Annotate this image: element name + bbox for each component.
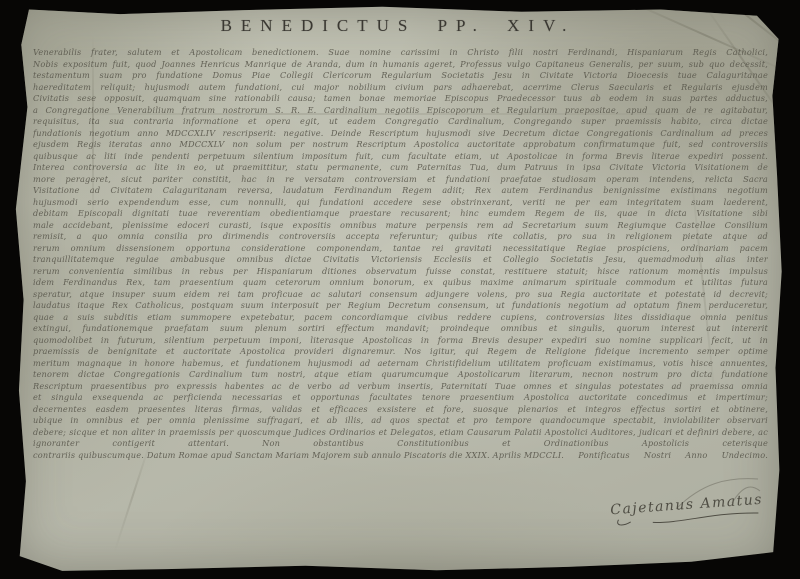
body-line: quomodolibet in futurum, silentium perpe… (33, 335, 768, 347)
dateline-word: Nostri (644, 450, 671, 462)
body-line: hujusmodi serio expendendum esse, cum no… (33, 197, 768, 209)
body-line: rerum convenientia similibus in rebus pe… (33, 266, 768, 278)
body-line: extingui, fundationemque praefatam suum … (33, 323, 768, 335)
body-line: testamentum suam pro fundatione Domus Pi… (33, 70, 768, 82)
body-line: Visitatione ad Civitatem Calaguritanam r… (33, 185, 768, 197)
dateline-word: Undecimo. (722, 450, 768, 462)
body-line: meritum magnaque in honore habemus, et f… (33, 358, 768, 370)
body-line: tenorem dictae Congregationis Cardinaliu… (33, 369, 768, 381)
body-line: ejusdem Regis iteratas anno MDCCXLV non … (33, 139, 768, 151)
body-line: requisitus, ita sua contraria informatio… (33, 116, 768, 128)
body-line: ubique in omnibus et per omnia plenissim… (33, 415, 768, 427)
dateline-main: contrariis quibuscumque. Datum Romae apu… (33, 450, 564, 462)
body-line: haereditatem reliquit; hujusmodi autem f… (33, 82, 768, 94)
body-line: ignoranter contigerit attentari. Non obs… (33, 438, 768, 450)
body-line: Interea controversia ac lite in eo, ut p… (33, 162, 768, 174)
body-line: Nobis expositum fuit, quod Joannes Henri… (33, 59, 768, 71)
body-line: idem Ferdinandus Rex, tam praesentium qu… (33, 277, 768, 289)
body-line: et singula exsequenda ac perficienda nec… (33, 392, 768, 404)
body-line: male accidebant, plenissime edoceri cura… (33, 220, 768, 232)
body-line: quae a suis subditis etiam summopere exp… (33, 312, 768, 324)
body-line: remisit, a quo omnia consilia pro dirime… (33, 231, 768, 243)
document-title: BENEDICTUS PP. XIV. (12, 16, 784, 36)
body-line: tranquillitatemque regulae ambabusque om… (33, 254, 768, 266)
body-line: quibusque ac liti inde pendenti perpetuu… (33, 151, 768, 163)
signature: Cajetanus Amatus (586, 490, 787, 530)
body-line: laudatus itaque Rex Catholicus, postquam… (33, 300, 768, 312)
dateline: contrariis quibuscumque. Datum Romae apu… (33, 450, 768, 462)
body-line: debitam Episcopali dignitati tuae revere… (33, 208, 768, 220)
parchment-sheet: BENEDICTUS PP. XIV. Venerabilis frater, … (12, 5, 784, 572)
body-line: praemissis de benignitate et auctoritate… (33, 346, 768, 358)
body-line: rerum omnium dissensionem opportuna cons… (33, 243, 768, 255)
body-line: debere; sicque et non aliter in praemiss… (33, 427, 768, 439)
dateline-word: Anno (685, 450, 707, 462)
body-line: decernentes easdem praesentes literas fi… (33, 404, 768, 416)
body-line: more perageret, sicut pariter constitit,… (33, 174, 768, 186)
body-line: Rescriptum praesentibus pro expressis ha… (33, 381, 768, 393)
dateline-word: Pontificatus (578, 450, 630, 462)
document-body: Venerabilis frater, salutem et Apostolic… (33, 47, 768, 450)
body-line: Civitatis sese opposuit, quamquam sine r… (33, 93, 768, 105)
body-line: Venerabilis frater, salutem et Apostolic… (33, 47, 768, 59)
body-line: fundationis negotium anno MDCCXLIV rescr… (33, 128, 768, 140)
document-dateline-row: contrariis quibuscumque. Datum Romae apu… (33, 450, 768, 462)
body-line: speratur, atque insuper suum eidem rei t… (33, 289, 768, 301)
body-line: a Congregatione Venerabilium fratrum nos… (33, 105, 768, 117)
